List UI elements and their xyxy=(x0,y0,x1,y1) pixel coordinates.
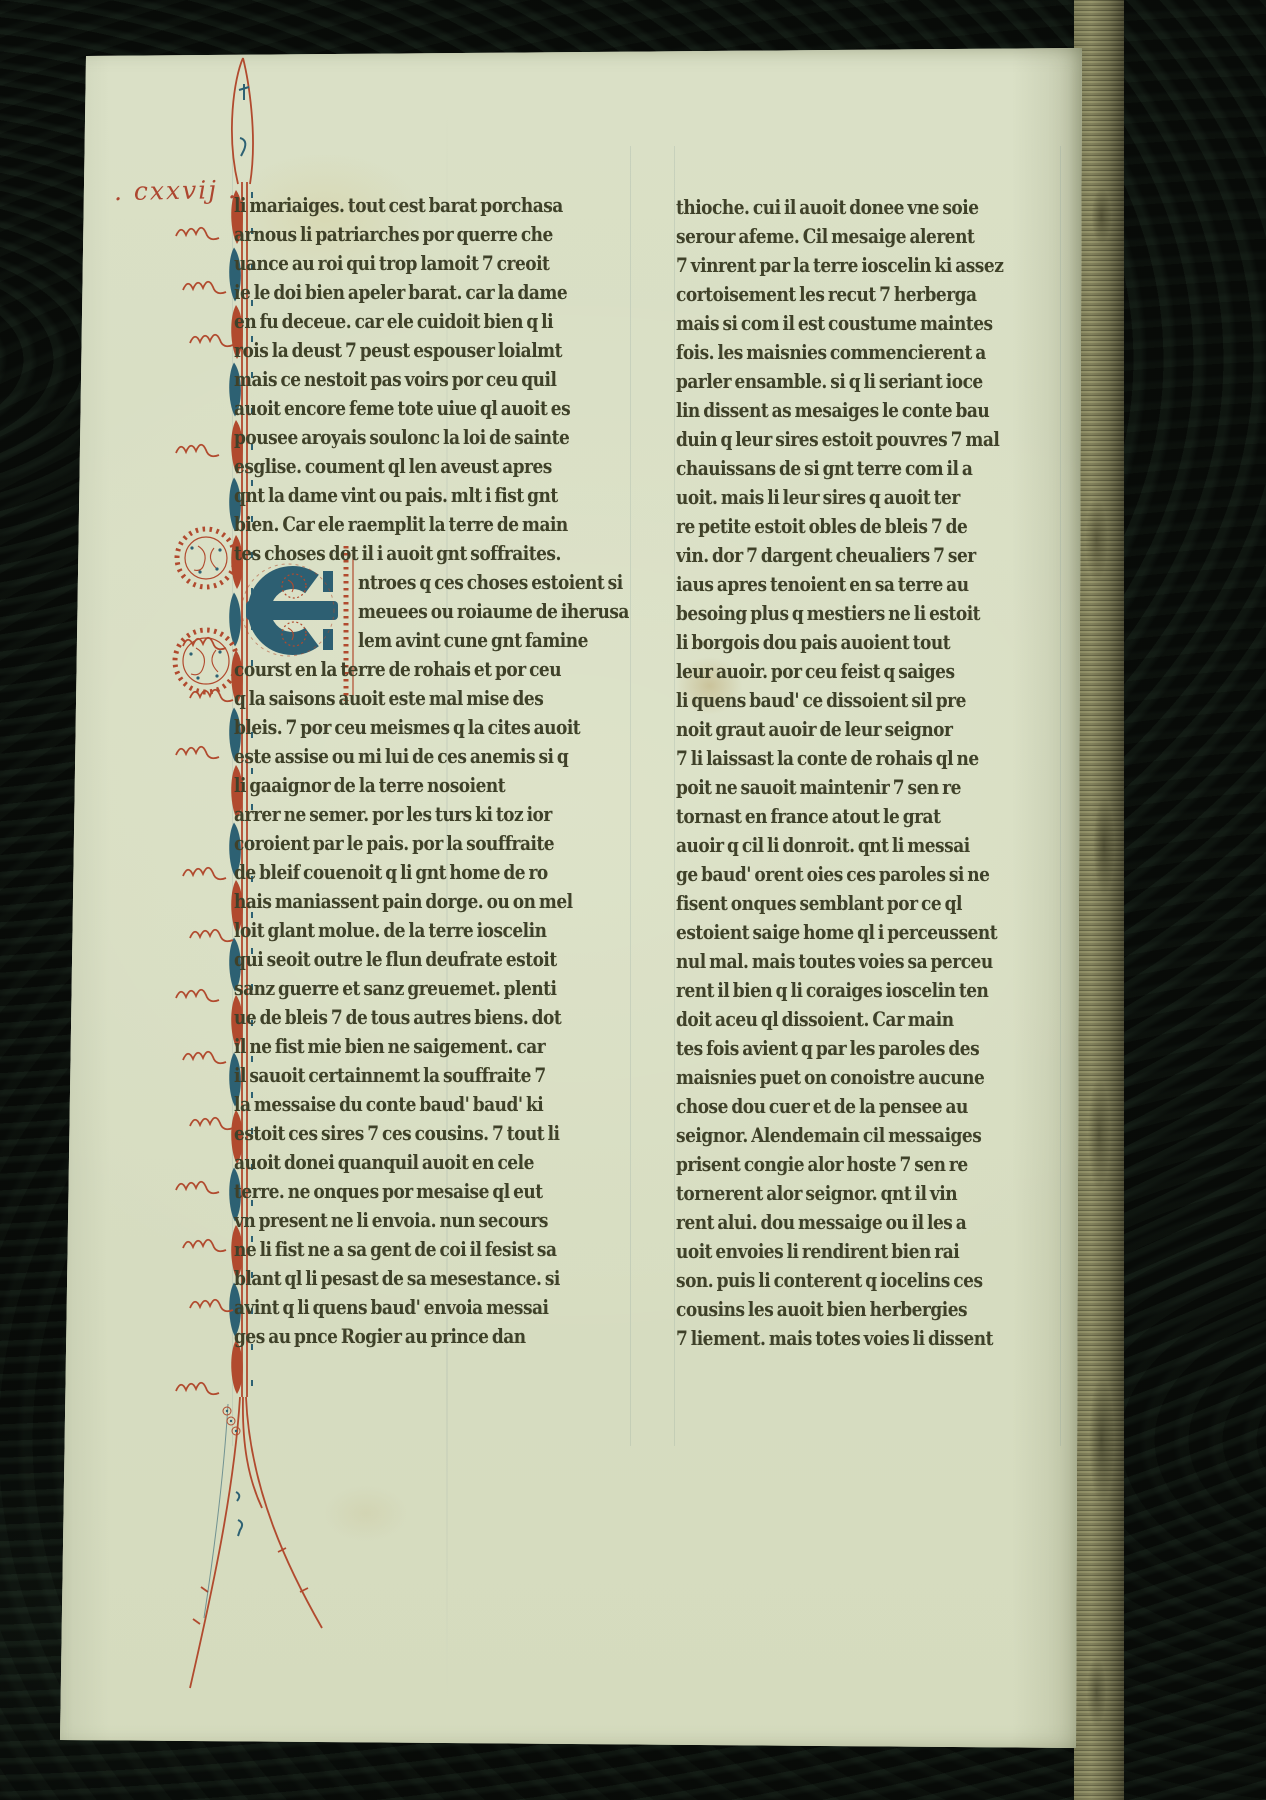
penwork-flourish xyxy=(176,228,233,1394)
text-column-left: li mariaiges. tout cest barat porchasaar… xyxy=(234,190,632,1350)
manuscript-text-line: ges au pnce Rogier au prince dan xyxy=(234,1321,632,1355)
manuscript-page: . cxxvij . xyxy=(58,46,1084,1752)
book-fore-edge xyxy=(1074,0,1124,1800)
digitized-manuscript-photo: { "manuscript": { "folio_number": ". cxx… xyxy=(0,0,1266,1800)
text-column-right: thioche. cui il auoit donee vne soiesero… xyxy=(676,192,1074,1352)
manuscript-text-line: 7 liement. mais totes voies li dissent xyxy=(676,1323,1074,1357)
filigree-medallions xyxy=(175,529,237,692)
ruling-line xyxy=(674,146,675,1446)
